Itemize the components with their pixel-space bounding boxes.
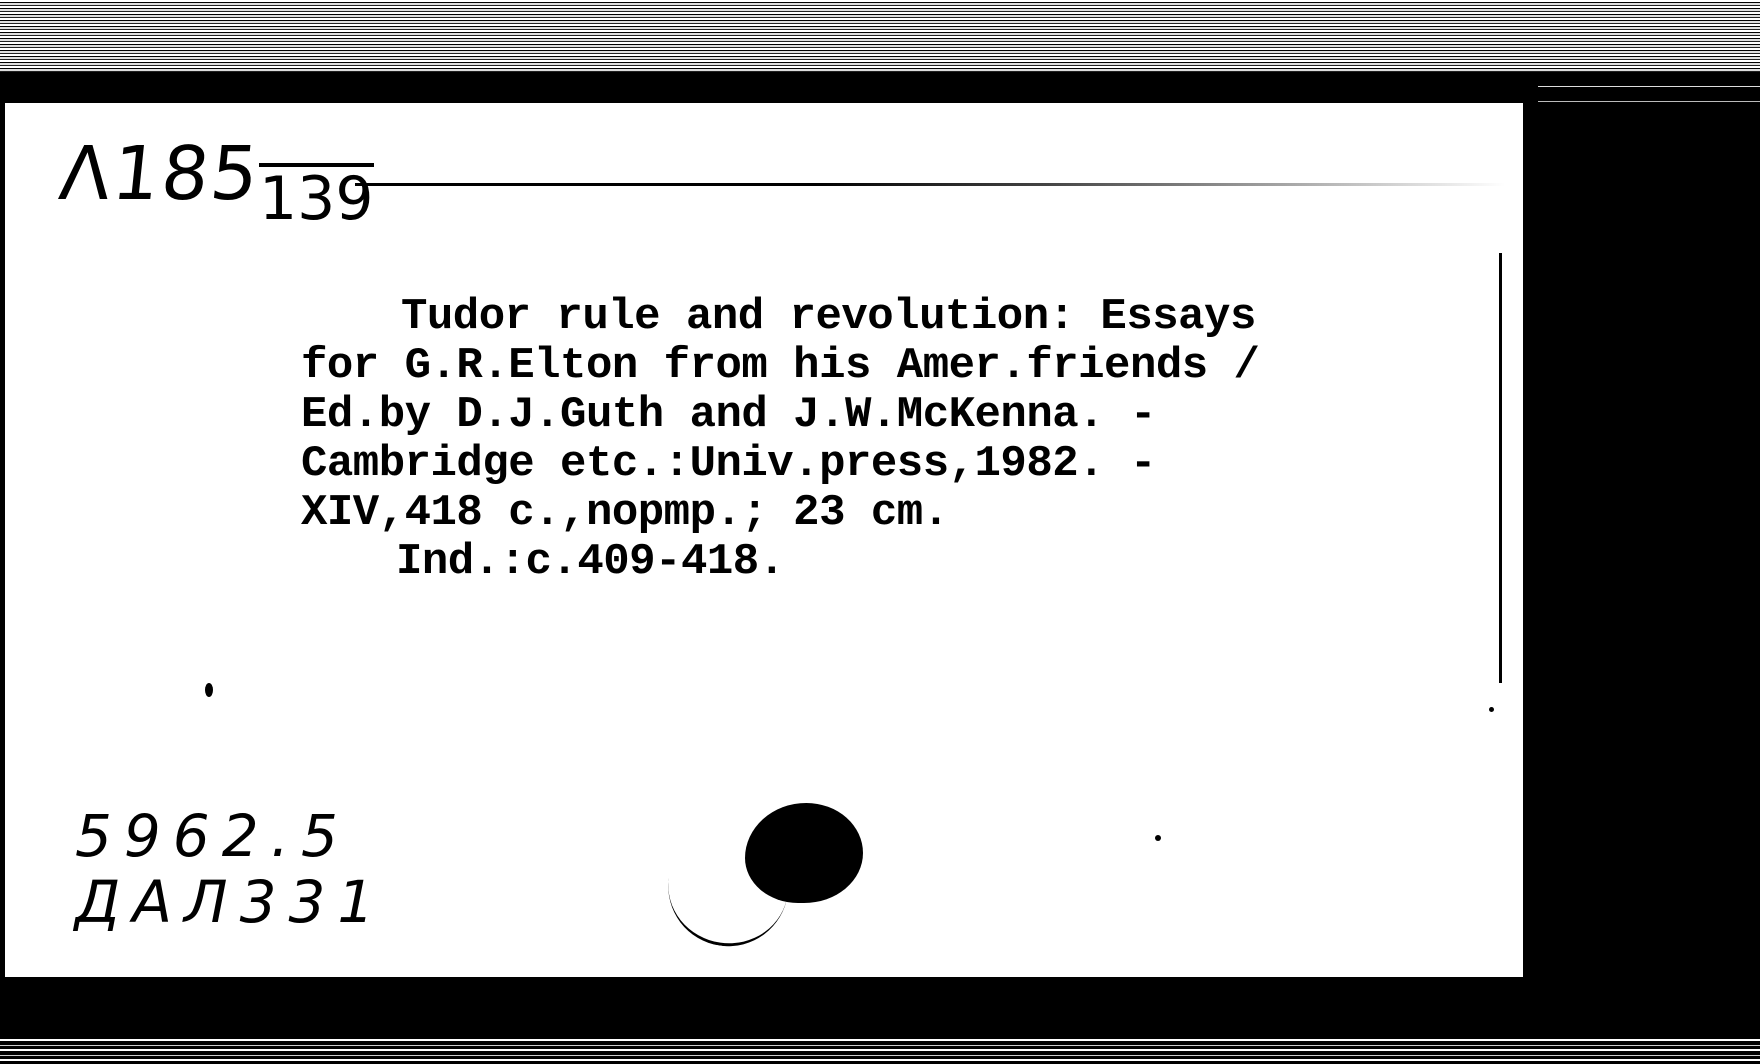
shelf-mark: 5962.5 ДАЛ331 [75,803,386,935]
call-number-main-text: Λ185 [55,131,264,217]
scan-artifact-right [1538,86,1760,102]
catalog-card: Λ185 139 Tudor rule and revolution: Essa… [5,103,1523,977]
scan-artifact-bottom [0,1036,1760,1064]
card-top-rule [355,183,1505,186]
shelf-mark-line-2: ДАЛ331 [75,869,386,935]
entry-index-line: Ind.:c.409-418. [301,538,1259,587]
entry-line-4: Cambridge etc.:Univ.press,1982. - [301,440,1259,489]
entry-line-5: XIV,418 c.,nopmp.; 23 cm. [301,489,1259,538]
scan-speck [1489,707,1494,712]
scan-speck [205,683,213,697]
punch-hole-arc [661,865,790,954]
entry-line-3: Ed.by D.J.Guth and J.W.McKenna. - [301,391,1259,440]
card-right-rule [1499,253,1502,683]
catalog-entry: Tudor rule and revolution: Essaysfor G.R… [301,293,1259,587]
entry-line-2: for G.R.Elton from his Amer.friends / [301,342,1259,391]
scan-speck [1155,835,1161,841]
shelf-mark-line-1: 5962.5 [75,803,386,869]
call-number-sub: 139 [259,163,374,231]
call-number-main: Λ185 [55,131,264,217]
entry-title-line: Tudor rule and revolution: Essays [301,293,1259,342]
scan-artifact-top [0,0,1760,72]
